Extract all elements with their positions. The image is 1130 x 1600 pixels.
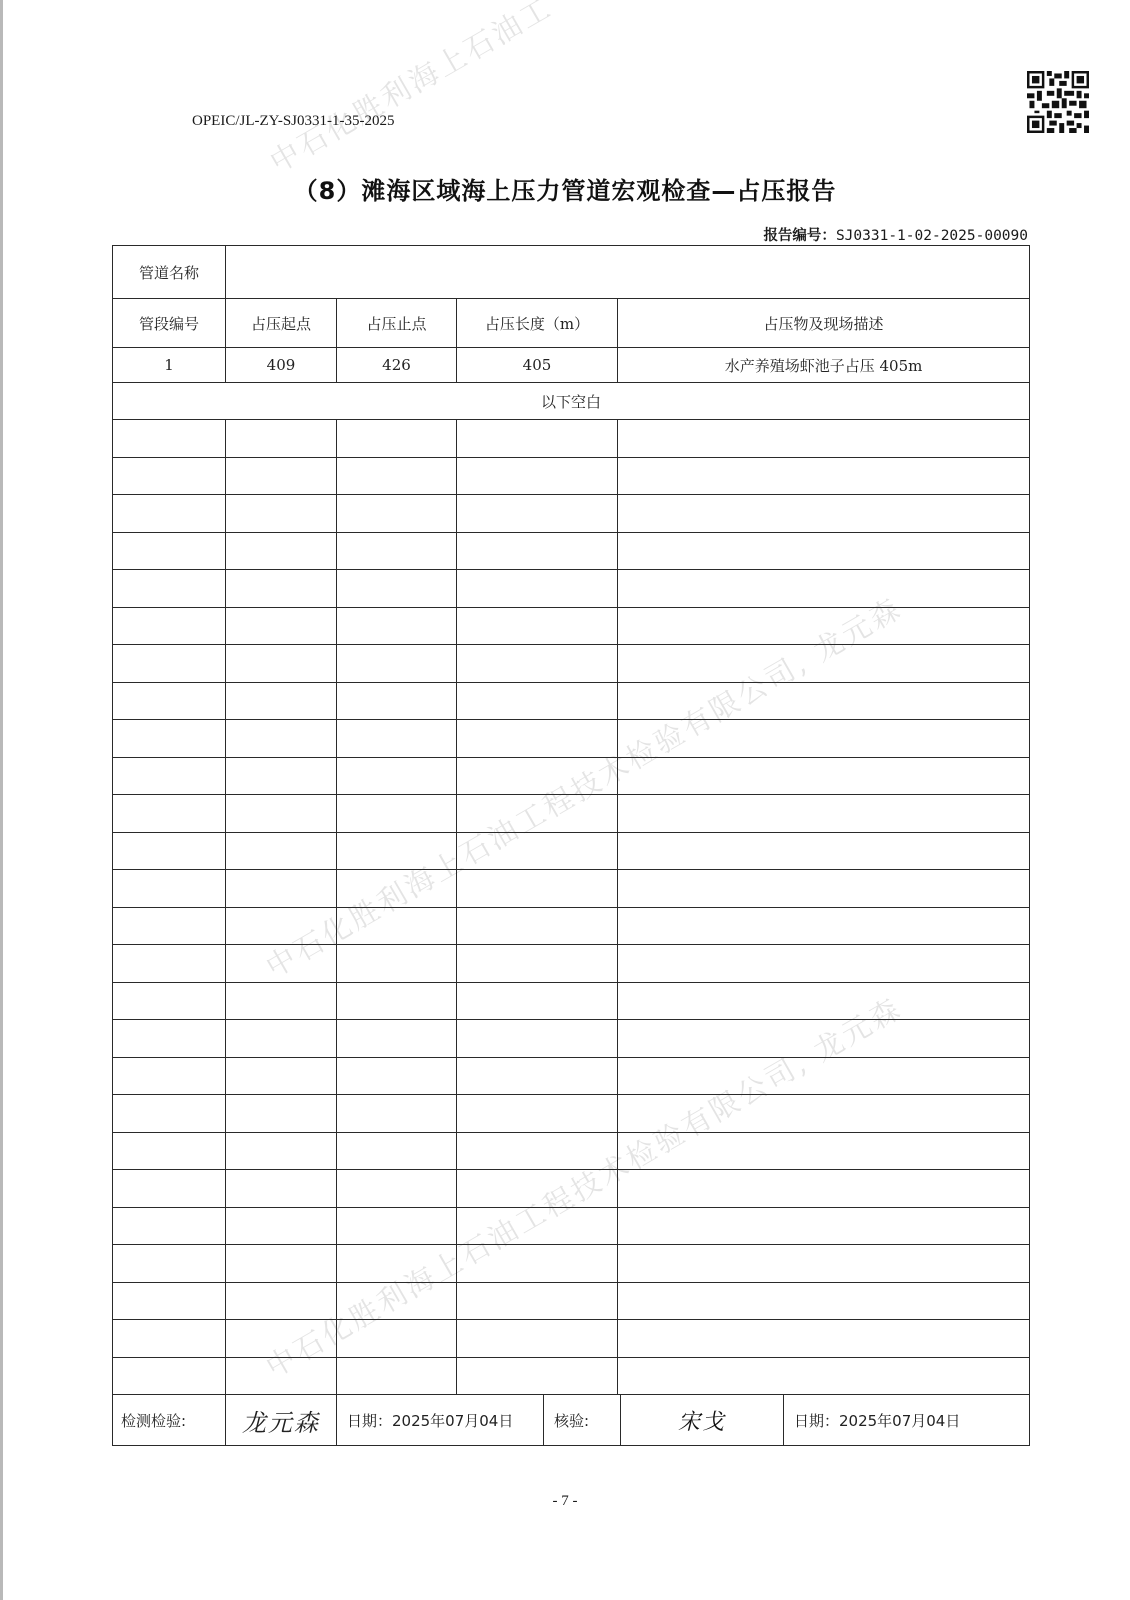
empty-table-row	[113, 607, 1030, 645]
empty-cell	[457, 1170, 618, 1208]
empty-cell	[618, 1282, 1030, 1320]
description-cell: 水产养殖场虾池子占压 405m	[618, 348, 1030, 383]
empty-cell	[457, 570, 618, 608]
empty-cell	[457, 1132, 618, 1170]
empty-cell	[337, 682, 457, 720]
empty-cell	[226, 945, 337, 983]
empty-cell	[457, 495, 618, 533]
empty-cell	[337, 720, 457, 758]
empty-cell	[113, 457, 226, 495]
empty-cell	[457, 1057, 618, 1095]
empty-cell	[226, 1357, 337, 1395]
report-number-value: SJ0331-1-02-2025-00090	[836, 228, 1028, 244]
empty-cell	[113, 1282, 226, 1320]
empty-cell	[337, 1357, 457, 1395]
date-review-group: 日期：2025年07月04日核验:宋戈日期：2025年07月04日	[337, 1395, 1030, 1446]
empty-table-row	[113, 870, 1030, 908]
empty-cell	[618, 682, 1030, 720]
empty-cell	[337, 907, 457, 945]
empty-cell	[113, 645, 226, 683]
empty-cell	[337, 645, 457, 683]
empty-table-row	[113, 682, 1030, 720]
empty-cell	[226, 607, 337, 645]
empty-cell	[113, 907, 226, 945]
empty-table-row	[113, 1020, 1030, 1058]
page-title: （8）滩海区域海上压力管道宏观检查—占压报告	[0, 171, 1130, 206]
empty-cell	[457, 1320, 618, 1358]
empty-table-row	[113, 645, 1030, 683]
empty-table-row	[113, 945, 1030, 983]
empty-cell	[226, 720, 337, 758]
empty-cell	[226, 532, 337, 570]
empty-cell	[226, 870, 337, 908]
empty-cell	[337, 532, 457, 570]
empty-cell	[618, 870, 1030, 908]
end-point-cell: 426	[337, 348, 457, 383]
empty-cell	[113, 1132, 226, 1170]
column-header: 占压止点	[337, 299, 457, 348]
empty-cell	[457, 1095, 618, 1133]
column-header: 管段编号	[113, 299, 226, 348]
empty-cell	[337, 945, 457, 983]
empty-cell	[226, 1320, 337, 1358]
empty-cell	[226, 1245, 337, 1283]
empty-cell	[226, 570, 337, 608]
empty-cell	[337, 1207, 457, 1245]
column-header: 占压起点	[226, 299, 337, 348]
empty-cell	[457, 870, 618, 908]
empty-cell	[618, 1357, 1030, 1395]
empty-cell	[113, 1320, 226, 1358]
empty-cell	[113, 570, 226, 608]
empty-table-row	[113, 1170, 1030, 1208]
empty-cell	[226, 832, 337, 870]
empty-cell	[618, 420, 1030, 458]
empty-cell	[226, 420, 337, 458]
empty-cell	[113, 1170, 226, 1208]
empty-cell	[337, 870, 457, 908]
empty-cell	[113, 1357, 226, 1395]
empty-cell	[226, 682, 337, 720]
empty-cell	[113, 1020, 226, 1058]
empty-cell	[618, 945, 1030, 983]
column-header: 占压物及现场描述	[618, 299, 1030, 348]
page-number: - 7 -	[0, 1493, 1130, 1510]
empty-cell	[113, 495, 226, 533]
empty-cell	[226, 1170, 337, 1208]
empty-cell	[618, 1245, 1030, 1283]
empty-cell	[337, 420, 457, 458]
empty-cell	[337, 832, 457, 870]
empty-cell	[618, 532, 1030, 570]
empty-table-row	[113, 1057, 1030, 1095]
empty-cell	[337, 495, 457, 533]
empty-cell	[113, 832, 226, 870]
empty-cell	[337, 982, 457, 1020]
empty-cell	[618, 570, 1030, 608]
empty-cell	[457, 832, 618, 870]
reviewer-date: 日期：2025年07月04日	[784, 1395, 1029, 1445]
occupation-report-table: 管道名称 管段编号 占压起点 占压止点 占压长度（m） 占压物及现场描述 1 4…	[112, 245, 1030, 1446]
empty-cell	[113, 945, 226, 983]
empty-cell	[226, 982, 337, 1020]
empty-cell	[618, 495, 1030, 533]
empty-cell	[618, 1320, 1030, 1358]
empty-table-row	[113, 1245, 1030, 1283]
empty-cell	[618, 832, 1030, 870]
empty-table-row	[113, 532, 1030, 570]
empty-cell	[337, 1245, 457, 1283]
empty-cell	[113, 795, 226, 833]
empty-cell	[457, 720, 618, 758]
reviewer-label: 核验:	[544, 1395, 621, 1445]
inspector-signature: 龙元森	[226, 1395, 337, 1446]
empty-cell	[226, 1282, 337, 1320]
empty-cell	[618, 607, 1030, 645]
empty-cell	[457, 1207, 618, 1245]
empty-cell	[113, 870, 226, 908]
empty-cell	[226, 645, 337, 683]
empty-cell	[113, 420, 226, 458]
empty-cell	[113, 1057, 226, 1095]
empty-cell	[457, 1245, 618, 1283]
empty-cell	[113, 982, 226, 1020]
empty-table-row	[113, 1095, 1030, 1133]
empty-cell	[457, 982, 618, 1020]
length-cell: 405	[457, 348, 618, 383]
empty-table-row	[113, 1320, 1030, 1358]
report-number: 报告编号：SJ0331-1-02-2025-00090	[763, 224, 1028, 245]
empty-table-row	[113, 495, 1030, 533]
empty-cell	[618, 907, 1030, 945]
qr-code-icon	[1027, 71, 1089, 133]
empty-cell	[226, 1095, 337, 1133]
empty-cell	[113, 607, 226, 645]
table-row: 1 409 426 405 水产养殖场虾池子占压 405m	[113, 348, 1030, 383]
empty-cell	[226, 457, 337, 495]
empty-cell	[457, 532, 618, 570]
empty-cell	[618, 1020, 1030, 1058]
empty-cell	[618, 795, 1030, 833]
report-number-label: 报告编号：	[763, 228, 836, 244]
empty-cell	[113, 682, 226, 720]
empty-table-row	[113, 757, 1030, 795]
blank-below-note: 以下空白	[113, 383, 1030, 420]
empty-cell	[337, 570, 457, 608]
empty-table-row	[113, 832, 1030, 870]
empty-cell	[226, 1057, 337, 1095]
empty-cell	[337, 1320, 457, 1358]
empty-cell	[337, 1170, 457, 1208]
empty-cell	[113, 720, 226, 758]
document-code: OPEIC/JL-ZY-SJ0331-1-35-2025	[192, 113, 395, 130]
empty-cell	[337, 1095, 457, 1133]
empty-cell	[618, 1170, 1030, 1208]
watermark: 中石化胜利海上石油工	[262, 0, 560, 181]
empty-cell	[113, 1095, 226, 1133]
empty-cell	[226, 1132, 337, 1170]
empty-cell	[337, 457, 457, 495]
empty-cell	[457, 795, 618, 833]
empty-table-row	[113, 1207, 1030, 1245]
empty-cell	[457, 945, 618, 983]
empty-cell	[337, 795, 457, 833]
empty-cell	[337, 1020, 457, 1058]
pipeline-name-row: 管道名称	[113, 246, 1030, 299]
inspector-label: 检测检验:	[113, 1395, 226, 1446]
empty-cell	[113, 532, 226, 570]
empty-cell	[226, 1207, 337, 1245]
empty-cell	[337, 757, 457, 795]
empty-table-row	[113, 570, 1030, 608]
empty-cell	[337, 607, 457, 645]
reviewer-signature: 宋戈	[621, 1395, 784, 1445]
empty-cell	[618, 1207, 1030, 1245]
empty-cell	[618, 1095, 1030, 1133]
inspector-date: 日期：2025年07月04日	[337, 1395, 544, 1445]
empty-cell	[337, 1282, 457, 1320]
empty-cell	[113, 1245, 226, 1283]
empty-cell	[618, 757, 1030, 795]
segment-number-cell: 1	[113, 348, 226, 383]
signature-row: 检测检验:龙元森日期：2025年07月04日核验:宋戈日期：2025年07月04…	[113, 1395, 1030, 1446]
empty-cell	[618, 720, 1030, 758]
scan-edge	[0, 0, 3, 1600]
empty-cell	[337, 1057, 457, 1095]
empty-cell	[337, 1132, 457, 1170]
empty-cell	[618, 982, 1030, 1020]
empty-cell	[457, 645, 618, 683]
empty-table-row	[113, 1132, 1030, 1170]
empty-cell	[618, 457, 1030, 495]
empty-table-row	[113, 1282, 1030, 1320]
empty-cell	[226, 757, 337, 795]
blank-below-row: 以下空白	[113, 383, 1030, 420]
empty-cell	[113, 757, 226, 795]
empty-cell	[457, 682, 618, 720]
empty-cell	[457, 757, 618, 795]
empty-cell	[457, 420, 618, 458]
empty-cell	[226, 795, 337, 833]
empty-cell	[457, 1020, 618, 1058]
empty-table-row	[113, 720, 1030, 758]
pipeline-name-value	[226, 246, 1030, 299]
empty-cell	[226, 907, 337, 945]
empty-cell	[457, 1357, 618, 1395]
empty-cell	[618, 645, 1030, 683]
pipeline-name-label: 管道名称	[113, 246, 226, 299]
empty-cell	[457, 907, 618, 945]
empty-table-row	[113, 982, 1030, 1020]
empty-table-row	[113, 457, 1030, 495]
empty-cell	[457, 457, 618, 495]
empty-cell	[457, 1282, 618, 1320]
empty-cell	[113, 1207, 226, 1245]
empty-cell	[457, 607, 618, 645]
table-header-row: 管段编号 占压起点 占压止点 占压长度（m） 占压物及现场描述	[113, 299, 1030, 348]
start-point-cell: 409	[226, 348, 337, 383]
empty-table-row	[113, 795, 1030, 833]
empty-cell	[618, 1057, 1030, 1095]
empty-table-row	[113, 420, 1030, 458]
empty-table-row	[113, 1357, 1030, 1395]
empty-cell	[226, 1020, 337, 1058]
column-header: 占压长度（m）	[457, 299, 618, 348]
empty-table-row	[113, 907, 1030, 945]
empty-cell	[618, 1132, 1030, 1170]
empty-cell	[226, 495, 337, 533]
